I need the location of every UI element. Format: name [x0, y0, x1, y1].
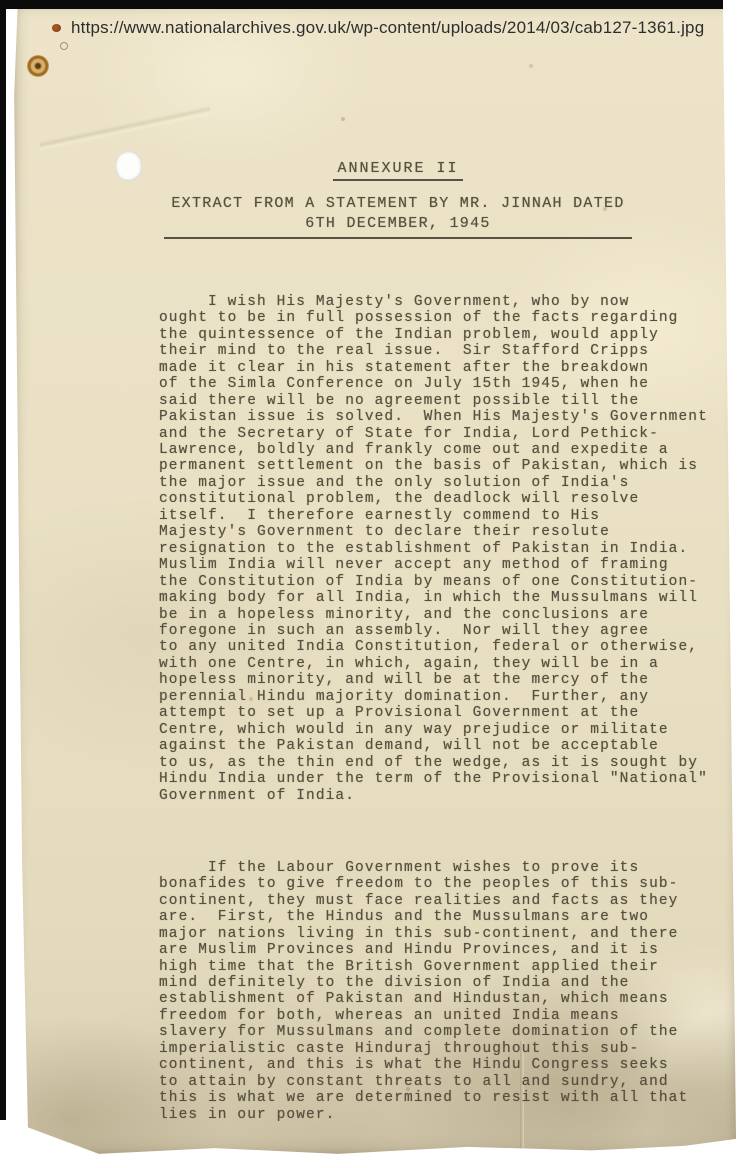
burn-stain — [27, 55, 49, 77]
document-heading: EXTRACT FROM A STATEMENT BY MR. JINNAH D… — [164, 194, 632, 239]
diagonal-crease — [40, 99, 210, 155]
small-stain-ring — [60, 42, 68, 50]
document-title-block: ANNEXURE II EXTRACT FROM A STATEMENT BY … — [164, 159, 632, 239]
heading-line-2: 6TH DECEMBER, 1945 — [164, 214, 632, 234]
hole-punch — [115, 151, 142, 181]
annexure-title: ANNEXURE II — [333, 160, 462, 181]
paragraph: I wish His Majesty's Government, who by … — [159, 294, 729, 804]
scanned-paper: ANNEXURE II EXTRACT FROM A STATEMENT BY … — [12, 3, 736, 1155]
rust-stain — [52, 24, 61, 32]
paragraph: If the Labour Government wishes to prove… — [159, 860, 729, 1123]
heading-line-1: EXTRACT FROM A STATEMENT BY MR. JINNAH D… — [164, 194, 632, 214]
scan-border-left — [0, 0, 6, 1120]
document-body: I wish His Majesty's Government, who by … — [159, 261, 729, 1156]
url-overlay-text: https://www.nationalarchives.gov.uk/wp-c… — [71, 18, 704, 38]
scan-border-top — [0, 0, 723, 9]
